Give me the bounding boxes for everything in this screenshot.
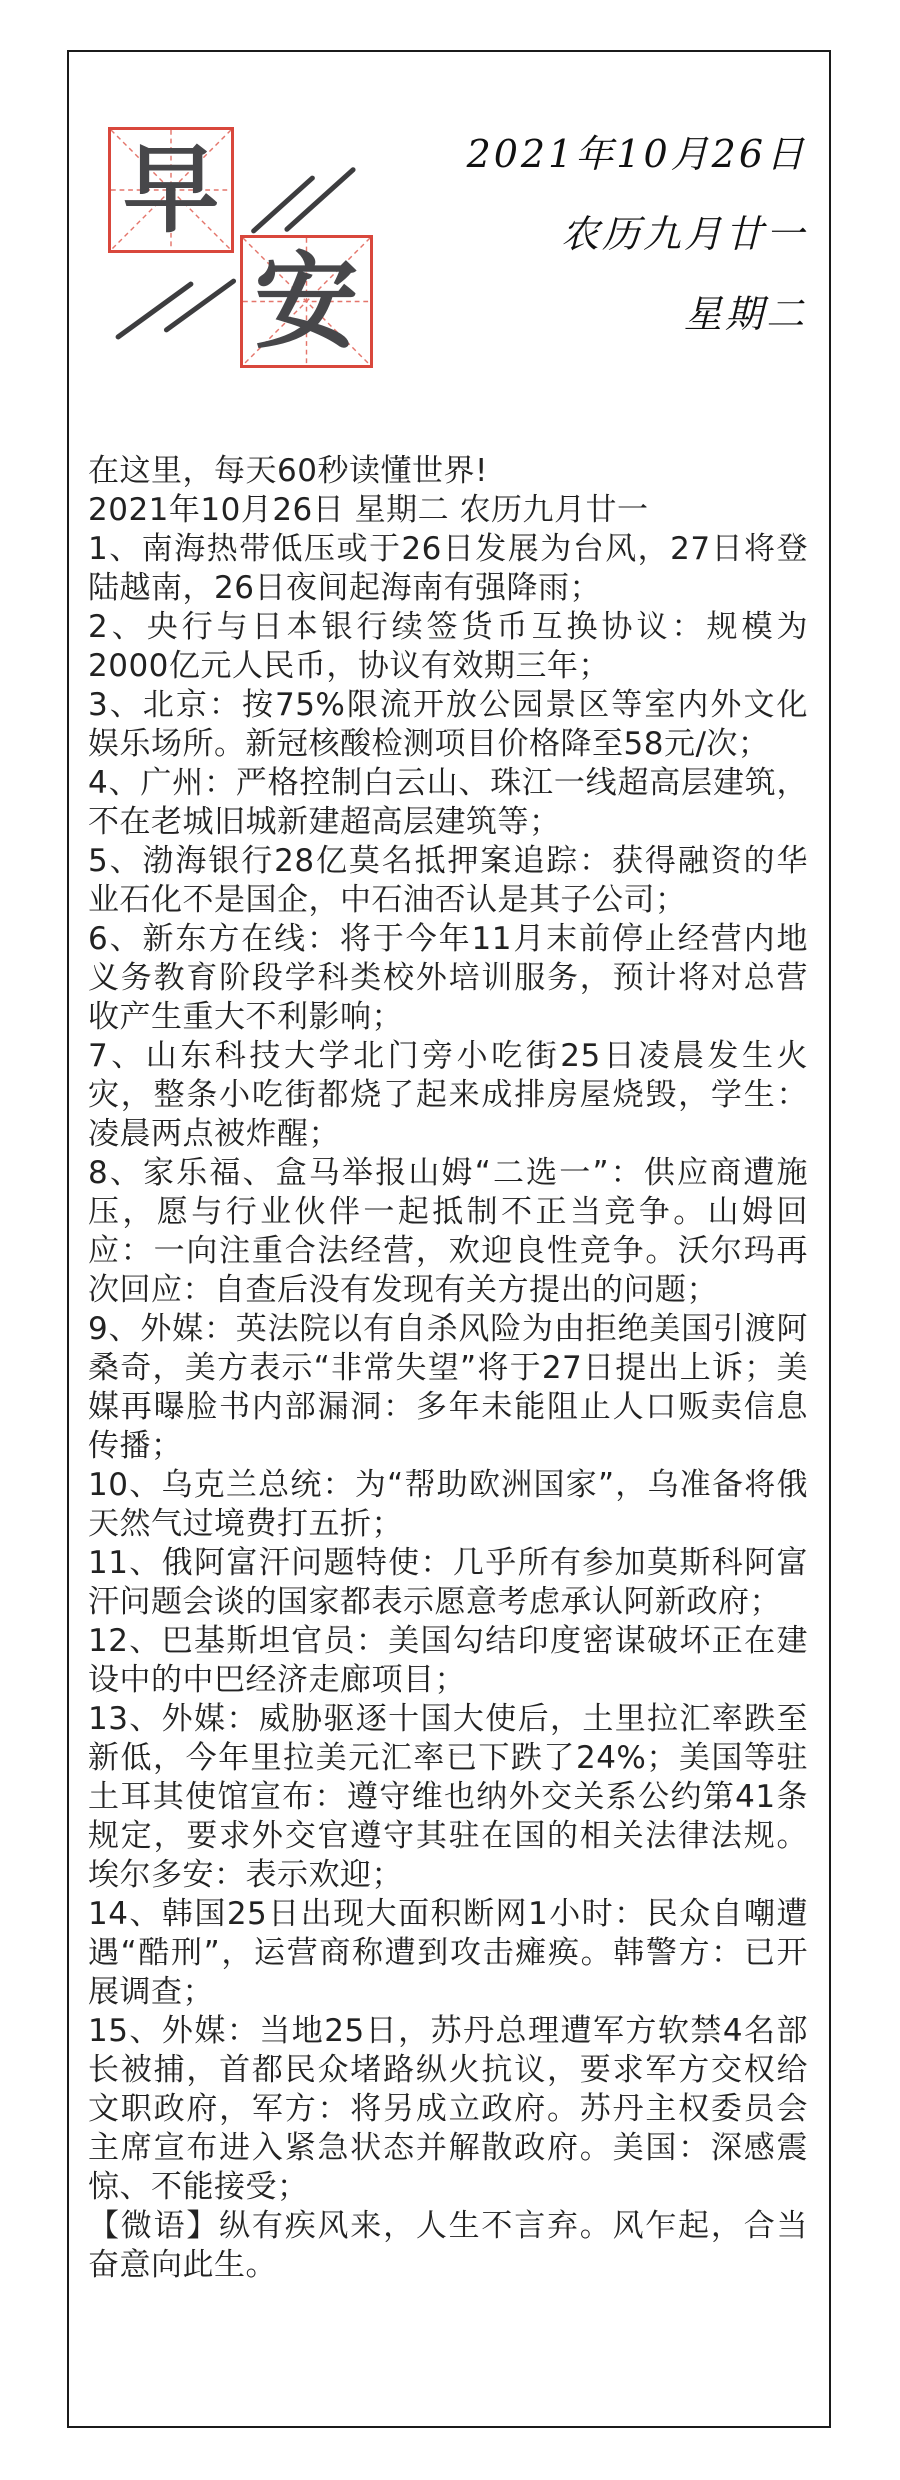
slash-mark <box>283 166 356 233</box>
slash-mark <box>163 278 237 334</box>
news-item-2: 2、央行与日本银行续签货币互换协议：规模为2000亿元人民币，协议有效期三年； <box>88 608 808 686</box>
slash-mark <box>115 281 195 341</box>
news-item-11: 11、俄阿富汗问题特使：几乎所有参加莫斯科阿富汗问题会谈的国家都表示愿意考虑承认… <box>88 1544 808 1622</box>
news-item-15: 15、外媒：当地25日，苏丹总理遭军方软禁4名部长被捕，首都民众堵路纵火抗议，要… <box>88 2012 808 2207</box>
date-summary: 2021年10月26日 星期二 农历九月廿一 <box>88 491 808 530</box>
date-lunar: 农历九月廿一 <box>467 194 807 274</box>
news-item-4: 4、广州：严格控制白云山、珠江一线超高层建筑，不在老城旧城新建超高层建筑等； <box>88 764 808 842</box>
news-item-14: 14、韩国25日出现大面积断网1小时：民众自嘲遭遇“酷刑”，运营商称遭到攻击瘫痪… <box>88 1895 808 2012</box>
calligraphy-grid-box-an: 安 <box>240 235 373 368</box>
news-item-6: 6、新东方在线：将于今年11月末前停止经营内地义务教育阶段学科类校外培训服务，预… <box>88 920 808 1037</box>
date-weekday: 星期二 <box>467 274 807 354</box>
tagline: 在这里，每天60秒读懂世界! <box>88 452 808 491</box>
news-item-5: 5、渤海银行28亿莫名抵押案追踪：获得融资的华业石化不是国企，中石油否认是其子公… <box>88 842 808 920</box>
double-slash-icon-bottom <box>107 260 247 360</box>
news-item-7: 7、山东科技大学北门旁小吃街25日凌晨发生火灾，整条小吃街都烧了起来成排房屋烧毁… <box>88 1037 808 1154</box>
border-frame: 早 安 2021年10月26日 农历九月廿一 星期二 在这里，每天60秒读懂世界… <box>67 50 831 2428</box>
weiyu-quote: 【微语】纵有疾风来，人生不言弃。风乍起，合当奋意向此生。 <box>88 2207 808 2285</box>
slash-mark <box>250 175 316 235</box>
news-item-1: 1、南海热带低压或于26日发展为台风，27日将登陆越南，26日夜间起海南有强降雨… <box>88 530 808 608</box>
logo-char-an: 安 <box>254 250 358 354</box>
date-block: 2021年10月26日 农历九月廿一 星期二 <box>467 114 807 354</box>
news-item-13: 13、外媒：威胁驱逐十国大使后，土里拉汇率跌至新低，今年里拉美元汇率已下跌了24… <box>88 1700 808 1895</box>
calligraphy-grid-box-zao: 早 <box>108 127 234 253</box>
logo-char-zao: 早 <box>123 142 219 238</box>
news-item-3: 3、北京：按75%限流开放公园景区等室内外文化娱乐场所。新冠核酸检测项目价格降至… <box>88 686 808 764</box>
date-gregorian: 2021年10月26日 <box>467 114 807 194</box>
news-item-8: 8、家乐福、盒马举报山姆“二选一”：供应商遭施压，愿与行业伙伴一起抵制不正当竞争… <box>88 1154 808 1310</box>
news-body: 在这里，每天60秒读懂世界! 2021年10月26日 星期二 农历九月廿一 1、… <box>88 452 808 2285</box>
news-item-10: 10、乌克兰总统：为“帮助欧洲国家”，乌准备将俄天然气过境费打五折； <box>88 1466 808 1544</box>
news-item-12: 12、巴基斯坦官员：美国勾结印度密谋破坏正在建设中的中巴经济走廊项目； <box>88 1622 808 1700</box>
news-item-9: 9、外媒：英法院以有自杀风险为由拒绝美国引渡阿桑奇，美方表示“非常失望”将于27… <box>88 1310 808 1466</box>
